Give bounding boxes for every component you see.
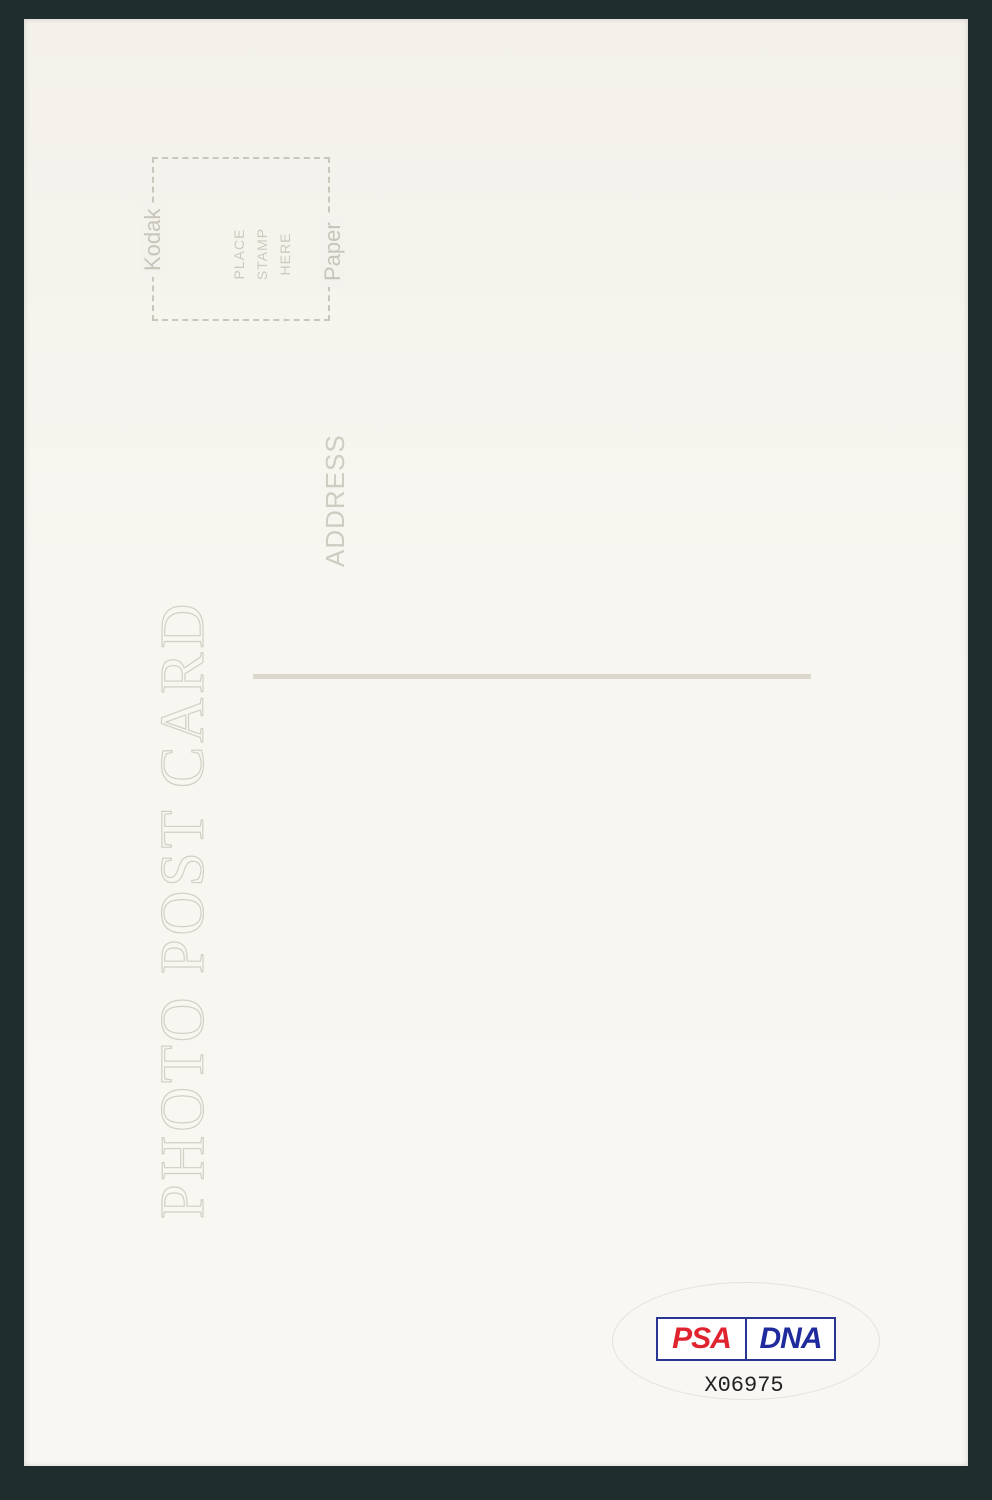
stamp-line: HERE <box>274 233 297 276</box>
photo-post-card-title: PHOTO POST CARD <box>148 600 219 1219</box>
serial-number: X06975 <box>679 1373 809 1398</box>
address-label: ADDRESS <box>320 434 351 567</box>
psa-dna-logo: PSA DNA <box>656 1317 836 1361</box>
kodak-label: Kodak <box>140 203 166 277</box>
stamp-line: STAMP <box>251 228 274 280</box>
stamp-line: PLACE <box>228 229 251 280</box>
paper-label: Paper <box>320 216 346 287</box>
dna-logo-text: DNA <box>747 1319 834 1359</box>
stamp-instructions: PLACE STAMP HERE <box>228 194 298 314</box>
psa-logo-text: PSA <box>658 1319 747 1359</box>
divider-line <box>253 674 811 679</box>
postcard-back: PLACE STAMP HERE Kodak Paper ADDRESS PHO… <box>24 19 968 1466</box>
